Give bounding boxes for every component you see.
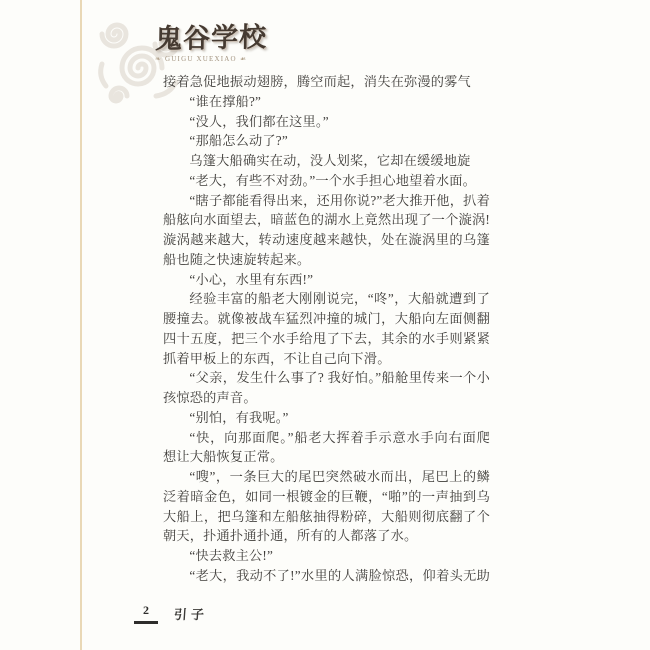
body-text-line: 大船上，把乌篷和左船舷抽得粉碎，大船则彻底翻了个底 (163, 507, 490, 527)
body-text-line: 想让大船恢复正常。 (163, 447, 490, 467)
body-text-line: “那船怎么动了?” (163, 131, 490, 151)
book-logo: 鬼谷学校 ❧ GUIGU XUEXIAO ☙ (155, 24, 285, 63)
body-text-line: “没人，我们都在这里。” (163, 112, 490, 132)
body-text-line: 抓着甲板上的东西，不让自己向下滑。 (163, 349, 490, 369)
logo-flourish-left-icon: ❧ (155, 55, 162, 63)
body-text-line: “谁在撑船?” (163, 92, 490, 112)
body-text-line: 泛着暗金色，如同一根镀金的巨鞭，“啪”的一声抽到乌篷 (163, 487, 490, 507)
body-text-line: 船也随之快速旋转起来。 (163, 250, 490, 270)
book-page: 鬼谷学校 ❧ GUIGU XUEXIAO ☙ 接着急促地振动翅膀，腾空而起，消失… (0, 0, 650, 650)
left-margin-rule (80, 0, 82, 650)
body-text-line: “老大，我动不了!”水里的人满脸惊恐，仰着头无助 (163, 566, 490, 586)
logo-romanization: ❧ GUIGU XUEXIAO ☙ (155, 55, 285, 63)
body-text-line: “父亲，发生什么事了? 我好怕。”船舱里传来一个小 (163, 368, 490, 388)
body-text-line: 接着急促地振动翅膀，腾空而起，消失在弥漫的雾气里。 (163, 72, 490, 92)
body-text-line: 四十五度，把三个水手给甩了下去，其余的水手则紧紧地 (163, 329, 490, 349)
body-text-line: “嗖”，一条巨大的尾巴突然破水而出，尾巴上的鳞片 (163, 467, 490, 487)
body-text-line: “瞎子都能看得出来，还用你说?”老大推开他，扒着 (163, 191, 490, 211)
logo-subtitle-text: GUIGU XUEXIAO (165, 55, 237, 63)
body-text-line: 孩惊恐的声音。 (163, 388, 490, 408)
body-text-line: 漩涡越来越大，转动速度越来越快，处在漩涡里的乌篷大 (163, 230, 490, 250)
logo-title-text: 鬼谷学校 (155, 23, 268, 55)
body-text-line: 经验丰富的船老大刚刚说完，“咚”，大船就遭到了拦 (163, 289, 490, 309)
page-number: 2 (134, 603, 158, 624)
body-text-line: “小心，水里有东西!” (163, 270, 490, 290)
body-text-line: “快去救主公!” (163, 546, 490, 566)
body-text-line: 朝天，扑通扑通扑通，所有的人都落了水。 (163, 526, 490, 546)
page-body-text: 接着急促地振动翅膀，腾空而起，消失在弥漫的雾气里。 “谁在撑船?” “没人，我们… (163, 72, 490, 586)
body-text-line: 腰撞去。就像被战车猛烈冲撞的城门，大船向左面侧翻了 (163, 309, 490, 329)
logo-flourish-right-icon: ☙ (240, 55, 247, 63)
body-text-line: “老大，有些不对劲。”一个水手担心地望着水面。 (163, 171, 490, 191)
body-text-line: 船舷向水面望去，暗蓝色的湖水上竟然出现了一个漩涡! (163, 210, 490, 230)
body-text-line: “别怕，有我呢。” (163, 408, 490, 428)
chapter-title: 引子 (173, 604, 208, 623)
body-text-line: 乌篷大船确实在动，没人划桨，它却在缓缓地旋转。 (163, 151, 490, 171)
page-footer: 2 引子 (134, 603, 208, 624)
body-text-line: “快，向那面爬。”船老大挥着手示意水手向右面爬去， (163, 428, 490, 448)
